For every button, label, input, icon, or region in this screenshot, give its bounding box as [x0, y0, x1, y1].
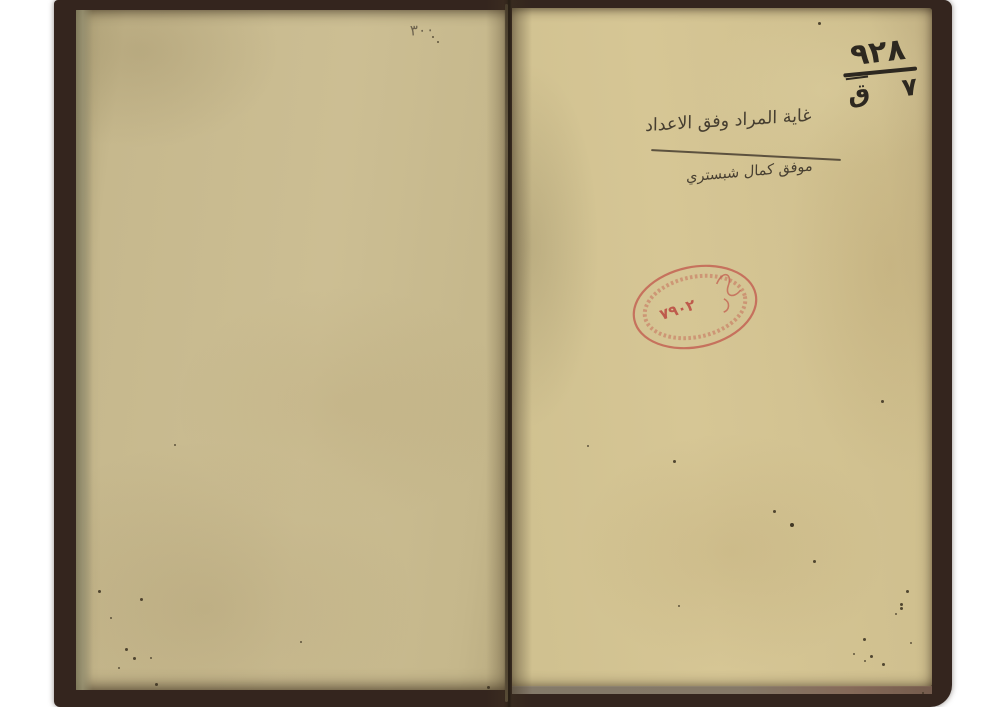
speck-dot	[910, 642, 912, 644]
speck-dot	[437, 41, 439, 43]
shelf-mark-digit: ٧	[900, 71, 919, 102]
right-flyleaf-page	[512, 8, 932, 687]
speck-dot	[118, 667, 120, 669]
shelf-mark-letter: ق	[846, 77, 872, 109]
speck-dot	[853, 653, 855, 655]
speck-dot	[895, 613, 897, 615]
speck-dot	[882, 663, 885, 666]
speck-dot	[922, 692, 924, 694]
shelf-mark: ٩٢٨ ٧ ق	[838, 32, 922, 109]
speck-dot	[110, 617, 112, 619]
speck-dot	[790, 523, 794, 527]
speck-dot	[773, 510, 776, 513]
speck-dot	[870, 655, 873, 658]
speck-dot	[864, 660, 866, 662]
speck-dot	[818, 22, 821, 25]
speck-dot	[155, 683, 158, 686]
speck-dot	[900, 603, 903, 606]
speck-dot	[678, 605, 680, 607]
speck-dot	[900, 607, 903, 610]
speck-dot	[881, 400, 884, 403]
pencil-folio-note: ٣٠٠	[410, 20, 435, 39]
speck-dot	[140, 598, 143, 601]
book-gutter-shadow	[486, 0, 532, 707]
speck-dot	[587, 445, 589, 447]
speck-dot	[125, 648, 128, 651]
speck-dot	[300, 641, 302, 643]
book-gutter-fold	[505, 4, 508, 702]
page-fore-edge	[76, 10, 93, 690]
speck-dot	[98, 590, 101, 593]
book-scan-stage: ٣٠٠ ٩٢٨ ٧ ق غاية المراد وفق الاعداد موفق…	[0, 0, 1000, 707]
speck-dot	[863, 638, 866, 641]
stamp-flourish-icon	[715, 272, 744, 312]
speck-dot	[487, 686, 490, 689]
speck-dot	[432, 36, 434, 38]
speck-dot	[174, 444, 176, 446]
speck-dot	[906, 590, 909, 593]
page-block-edge	[512, 686, 932, 694]
speck-dot	[813, 560, 816, 563]
left-blank-page	[76, 10, 506, 690]
speck-dot	[673, 460, 676, 463]
speck-dot	[150, 657, 152, 659]
speck-dot	[133, 657, 136, 660]
